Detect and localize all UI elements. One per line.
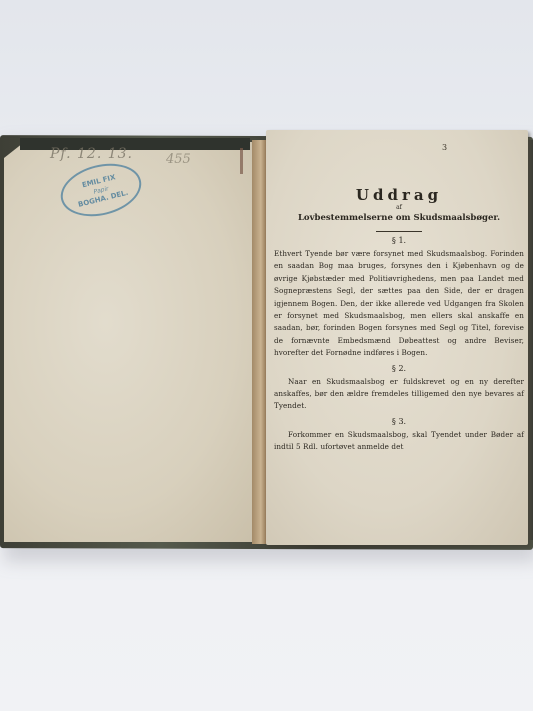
page-number: 3 [442,143,447,152]
section-heading: § 2. [274,364,524,373]
title-rule [376,231,422,232]
page-subtitle: Lovbestemmelserne om Skudsmaalsbøger. [274,213,524,223]
page-title: Uddrag [274,186,524,204]
section-text: Forkommer en Skudsmaalsbog, skal Tyendet… [274,429,524,454]
handwritten-number: 455 [166,152,191,167]
page-text: Uddrag af Lovbestemmelserne om Skudsmaal… [274,186,524,454]
section-heading: § 1. [274,236,524,245]
handwritten-note: Pf. 12. 13. [50,146,133,162]
ink-mark [240,148,243,174]
title-connector: af [274,204,524,211]
section-text: Ethvert Tyende bør være forsynet med Sku… [274,248,524,360]
section-text: Naar en Skudsmaalsbog er fuldskrevet og … [274,376,524,413]
section-heading: § 3. [274,417,524,426]
